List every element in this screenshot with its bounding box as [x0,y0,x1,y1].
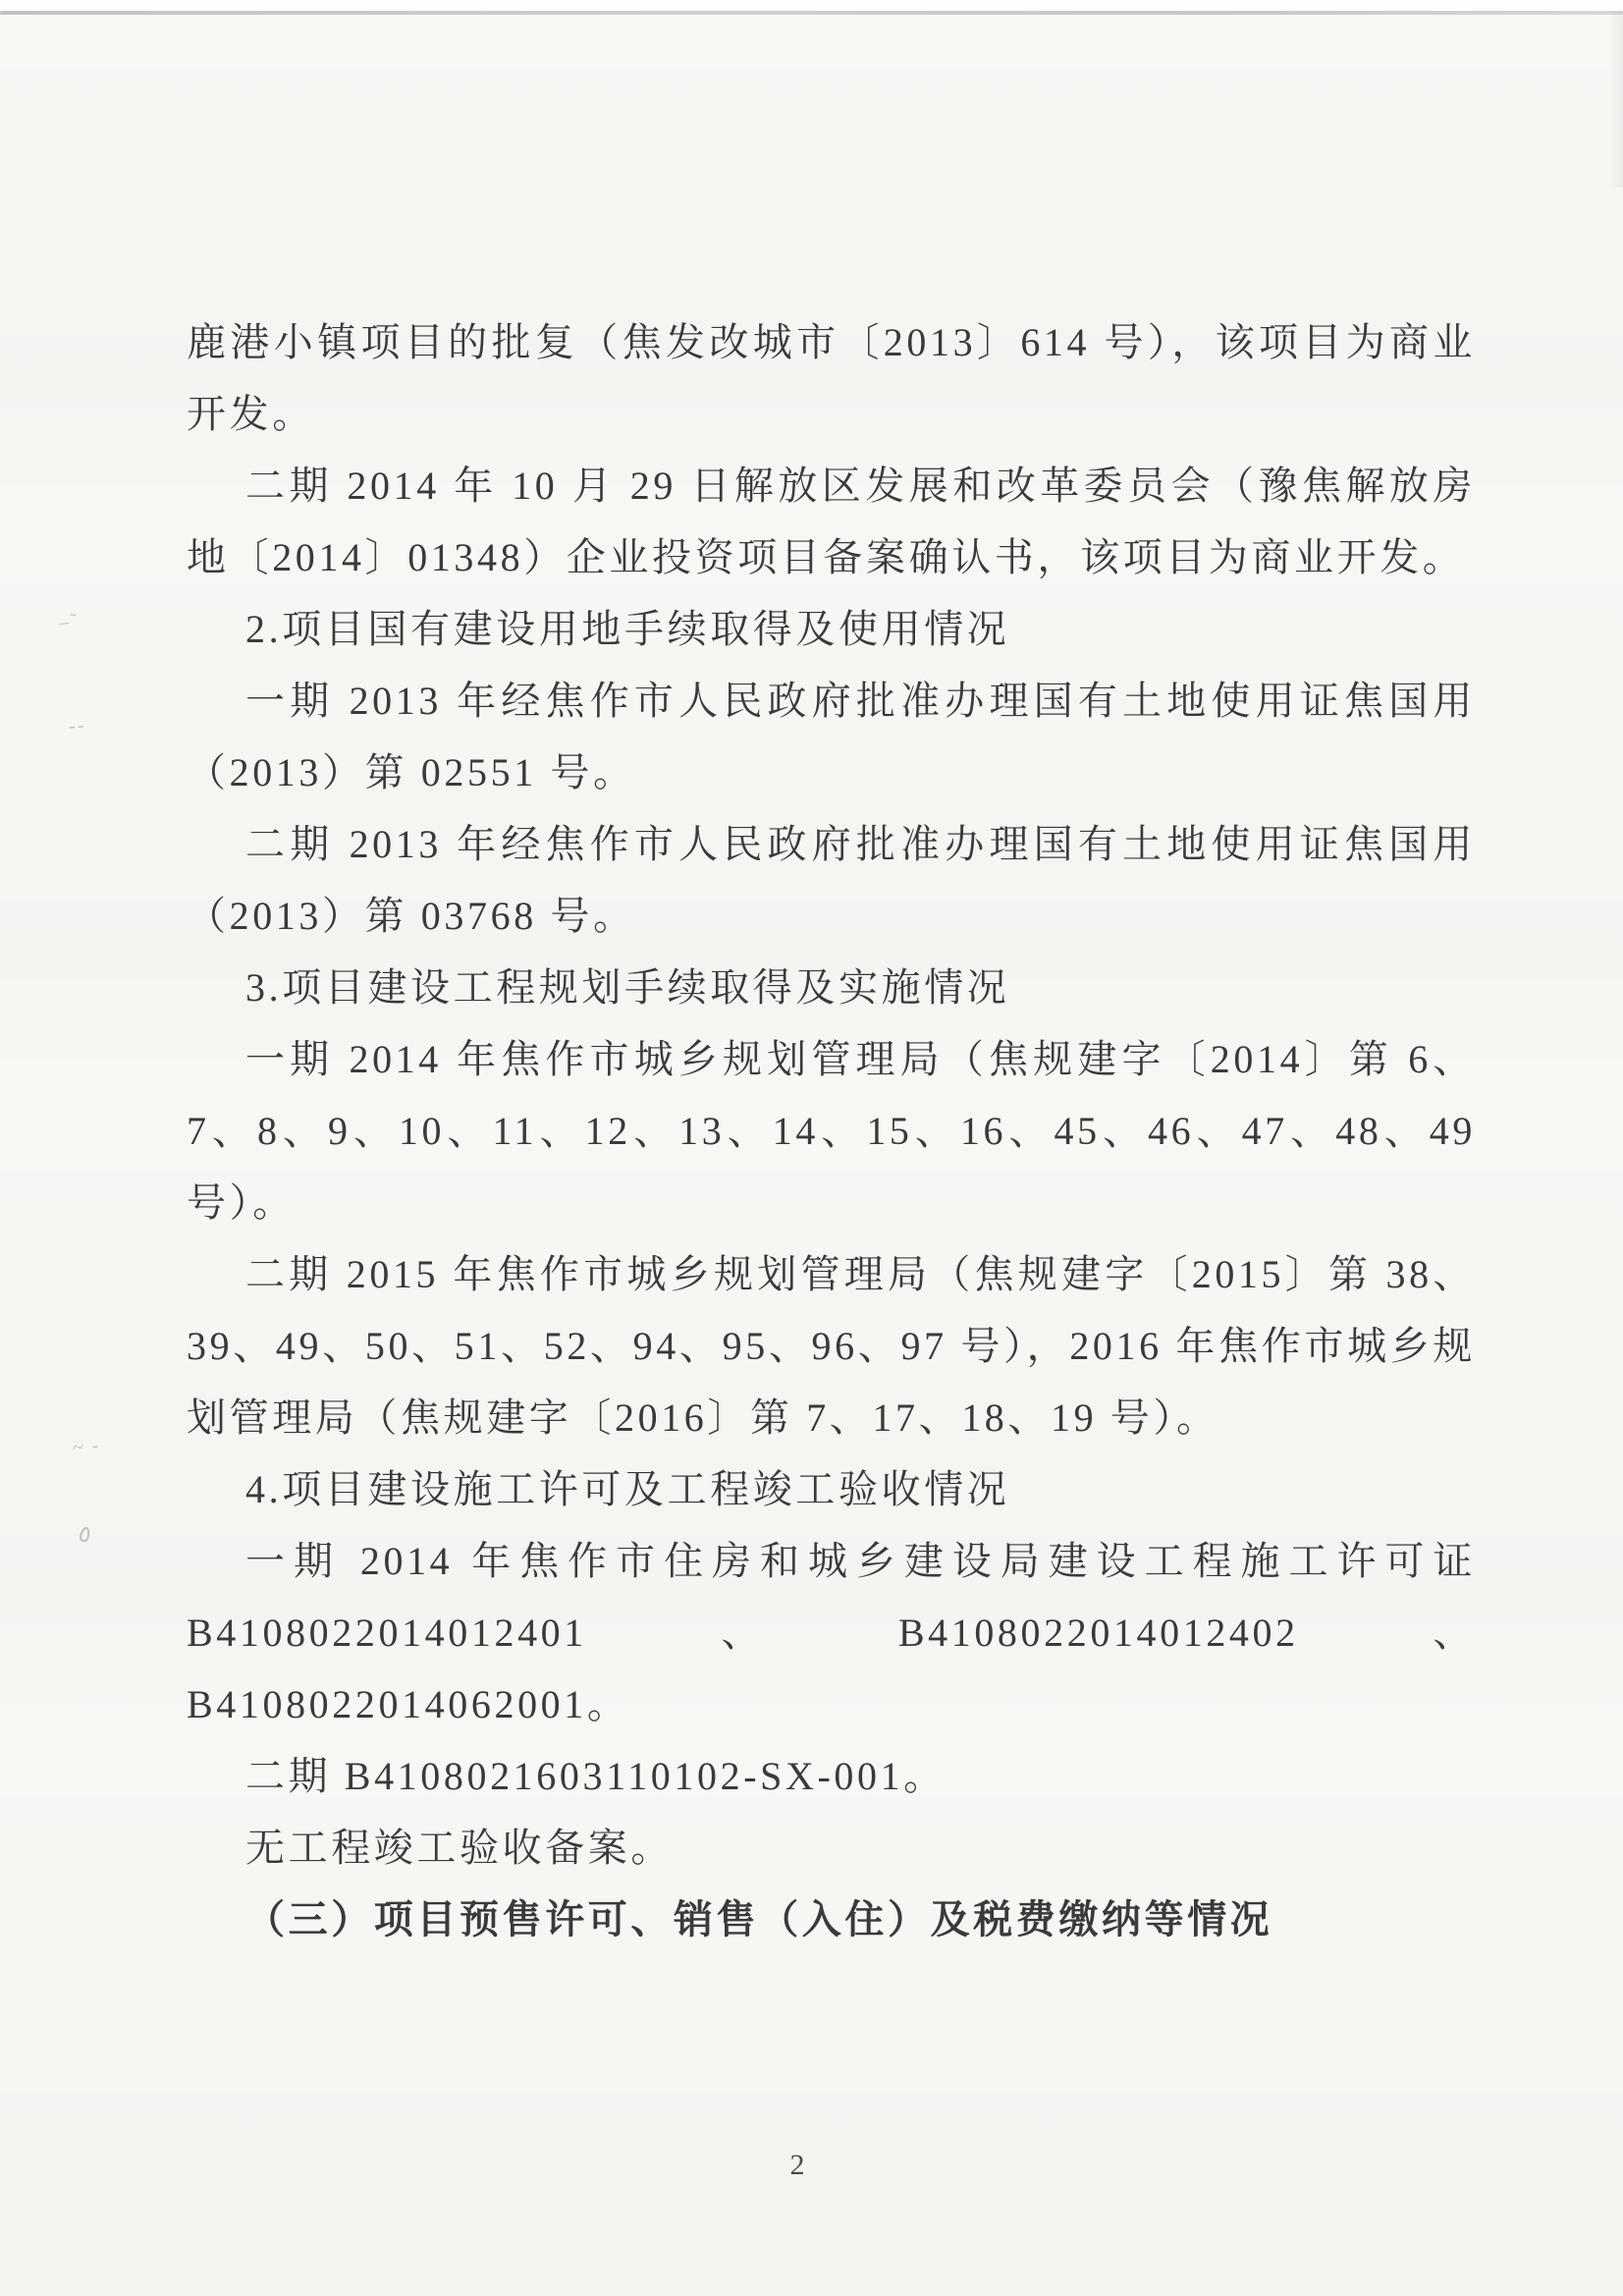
document-body: 鹿港小镇项目的批复（焦发改城市〔2013〕614 号），该项目为商业开发。二期 … [187,306,1476,1955]
paragraph: 2.项目国有建设用地手续取得及使用情况 [187,593,1476,665]
paragraph: 二期 2014 年 10 月 29 日解放区发展和改革委员会（豫焦解放房地〔20… [187,450,1476,593]
paragraph: 二期 2015 年焦作市城乡规划管理局（焦规建字〔2015〕第 38、39、49… [187,1238,1476,1453]
scan-edge-line [0,11,1623,15]
paragraph: 一期 2013 年经焦作市人民政府批准办理国有土地使用证焦国用（2013）第 0… [187,665,1476,808]
page-number: 2 [0,2149,1595,2182]
paragraph: 一期 2014 年焦作市住房和城乡建设局建设工程施工许可证 B410802201… [187,1525,1476,1740]
paragraph: 二期 2013 年经焦作市人民政府批准办理国有土地使用证焦国用（2013）第 0… [187,808,1476,952]
paragraph: 鹿港小镇项目的批复（焦发改城市〔2013〕614 号），该项目为商业开发。 [187,306,1476,450]
paragraph: 3.项目建设工程规划手续取得及实施情况 [187,952,1476,1023]
margin-smudge: ~ - [72,1435,102,1460]
paragraph: 无工程竣工验收备案。 [187,1812,1476,1884]
paragraph: 一期 2014 年焦作市城乡规划管理局（焦规建字〔2014〕第 6、7、8、9、… [187,1023,1476,1238]
document-page: –˜ -‑ ~ - ٥ 鹿港小镇项目的批复（焦发改城市〔2013〕614 号），… [0,0,1623,2296]
section-heading: （三）项目预售许可、销售（入住）及税费缴纳等情况 [187,1884,1476,1955]
scan-edge-highlight [0,0,1623,11]
margin-smudge: –˜ [58,610,81,635]
paragraph: 二期 B4108021603110102-SX-001。 [187,1740,1476,1812]
margin-smudge: -‑ [68,714,86,738]
margin-smudge: ٥ [76,1519,95,1550]
paragraph: 4.项目建设施工许可及工程竣工验收情况 [187,1453,1476,1525]
scan-edge-shadow [1609,11,1623,188]
